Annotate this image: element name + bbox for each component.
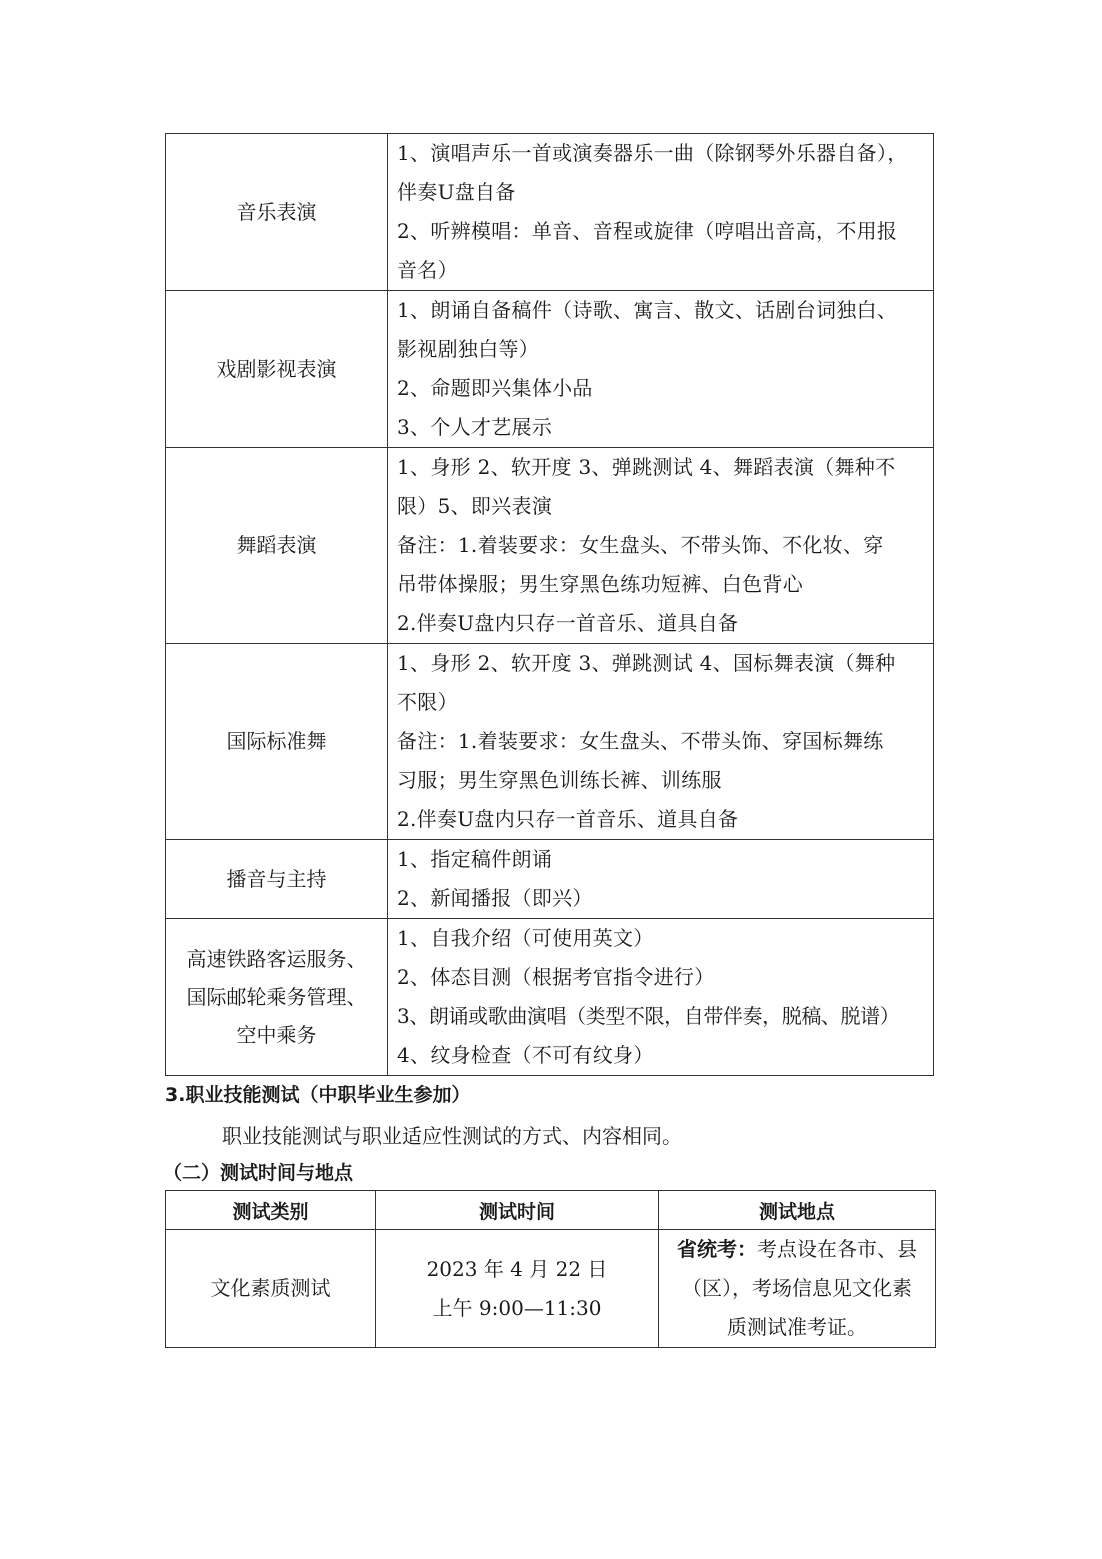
table-row: 戏剧影视表演 1、朗诵自备稿件（诗歌、寓言、散文、话剧台词独白、 影视剧独白等）… [166,291,934,448]
category-cell: 文化素质测试 [166,1230,376,1348]
category-cell: 音乐表演 [166,134,388,291]
document-page: 音乐表演 1、演唱声乐一首或演奏器乐一曲（除钢琴外乐器自备）， 伴奏U盘自备 2… [0,0,1102,1559]
requirements-cell: 1、自我介绍（可使用英文） 2、体态目测（根据考官指令进行） 3、朗诵或歌曲演唱… [388,919,934,1076]
requirements-cell: 1、演唱声乐一首或演奏器乐一曲（除钢琴外乐器自备）， 伴奏U盘自备 2、听辨模唱… [388,134,934,291]
category-cell: 高速铁路客运服务、 国际邮轮乘务管理、 空中乘务 [166,919,388,1076]
category-cell: 播音与主持 [166,840,388,919]
table-row: 高速铁路客运服务、 国际邮轮乘务管理、 空中乘务 1、自我介绍（可使用英文） 2… [166,919,934,1076]
column-header: 测试地点 [659,1191,936,1230]
category-cell: 舞蹈表演 [166,448,388,644]
place-cell: 省统考：考点设在各市、县 （区），考场信息见文化素 质测试准考证。 [659,1230,936,1348]
time-cell: 2023 年 4 月 22 日 上午 9:00—11:30 [376,1230,659,1348]
section-heading-vocational-skills: 3.职业技能测试（中职毕业生参加） [165,1080,470,1107]
requirements-cell: 1、指定稿件朗诵 2、新闻播报（即兴） [388,840,934,919]
section-paragraph: 职业技能测试与职业适应性测试的方式、内容相同。 [222,1120,682,1149]
column-header: 测试时间 [376,1191,659,1230]
table-row: 文化素质测试 2023 年 4 月 22 日 上午 9:00—11:30 省统考… [166,1230,936,1348]
section-heading-time-place: （二）测试时间与地点 [163,1158,353,1185]
exam-requirements-table: 音乐表演 1、演唱声乐一首或演奏器乐一曲（除钢琴外乐器自备）， 伴奏U盘自备 2… [165,133,934,1076]
time-place-table: 测试类别 测试时间 测试地点 文化素质测试 2023 年 4 月 22 日 上午… [165,1190,936,1348]
place-label: 省统考： [677,1237,757,1261]
column-header: 测试类别 [166,1191,376,1230]
table-header-row: 测试类别 测试时间 测试地点 [166,1191,936,1230]
table-row: 播音与主持 1、指定稿件朗诵 2、新闻播报（即兴） [166,840,934,919]
table-row: 舞蹈表演 1、身形 2、软开度 3、弹跳测试 4、舞蹈表演（舞种不 限）5、即兴… [166,448,934,644]
requirements-cell: 1、身形 2、软开度 3、弹跳测试 4、国标舞表演（舞种 不限） 备注：1.着装… [388,644,934,840]
table-row: 音乐表演 1、演唱声乐一首或演奏器乐一曲（除钢琴外乐器自备）， 伴奏U盘自备 2… [166,134,934,291]
requirements-cell: 1、朗诵自备稿件（诗歌、寓言、散文、话剧台词独白、 影视剧独白等） 2、命题即兴… [388,291,934,448]
category-cell: 国际标准舞 [166,644,388,840]
category-cell: 戏剧影视表演 [166,291,388,448]
table-row: 国际标准舞 1、身形 2、软开度 3、弹跳测试 4、国标舞表演（舞种 不限） 备… [166,644,934,840]
requirements-cell: 1、身形 2、软开度 3、弹跳测试 4、舞蹈表演（舞种不 限）5、即兴表演 备注… [388,448,934,644]
